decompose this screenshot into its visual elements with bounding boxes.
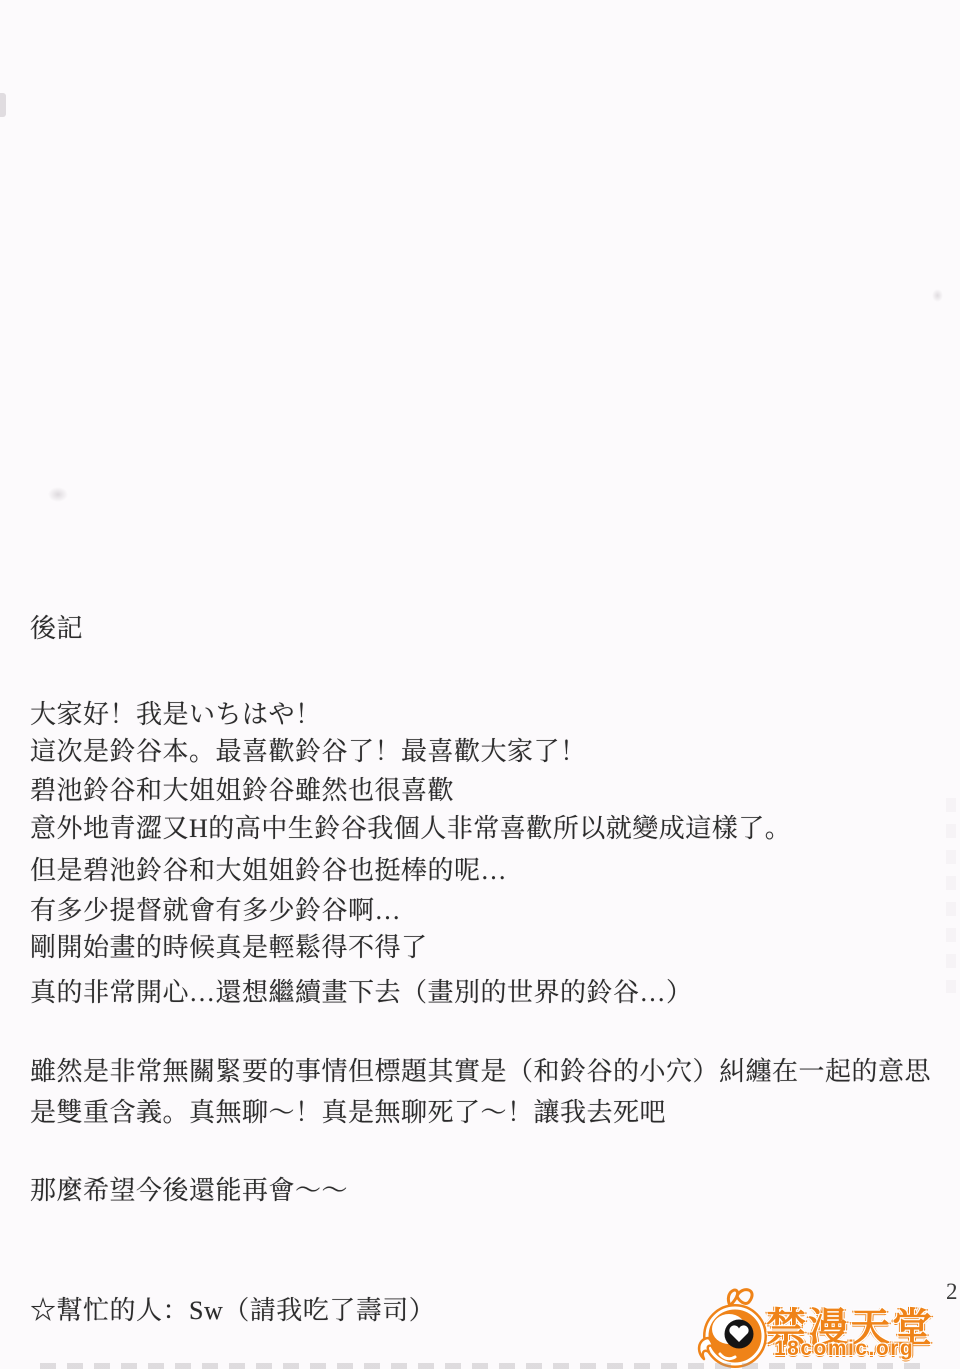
watermark-site-url: 18comic.org [774,1337,914,1361]
scan-artifact [932,289,943,302]
afterword-line: 但是碧池鈴谷和大姐姐鈴谷也挺棒的呢… [30,850,507,887]
watermark-logo: 禁漫天堂 18comic.org [696,1284,960,1369]
afterword-line: 是雙重含義。真無聊～！真是無聊死了～！讓我去死吧 [30,1092,666,1129]
afterword-line: 剛開始畫的時候真是輕鬆得不得了 [30,927,428,964]
afterword-line: 碧池鈴谷和大姐姐鈴谷雖然也很喜歡 [30,770,454,807]
afterword-line: 大家好！我是いちはや！ [30,694,322,731]
page-title: 後記 [30,608,83,645]
afterword-line: 真的非常開心…還想繼續畫下去（畫別的世界的鈴谷…） [30,972,693,1009]
scan-artifact [946,798,956,993]
orange-whale-mascot-icon [696,1284,770,1369]
afterword-page: 後記 大家好！我是いちはや！ 這次是鈴谷本。最喜歡鈴谷了！最喜歡大家了！ 碧池鈴… [0,0,960,1369]
afterword-line: 雖然是非常無關緊要的事情但標題其實是（和鈴谷的小穴）糾纏在一起的意思 [30,1051,931,1088]
credit-line: ☆幫忙的人：Sw（請我吃了壽司） [30,1290,435,1327]
afterword-line: 有多少提督就會有多少鈴谷啊… [30,890,401,927]
afterword-line: 這次是鈴谷本。最喜歡鈴谷了！最喜歡大家了！ [30,731,587,768]
afterword-line: 意外地青澀又H的高中生鈴谷我個人非常喜歡所以就變成這樣了。 [30,808,791,845]
afterword-line: 那麼希望今後還能再會～～ [30,1170,348,1207]
scan-artifact [0,93,6,117]
scan-artifact [48,487,68,502]
